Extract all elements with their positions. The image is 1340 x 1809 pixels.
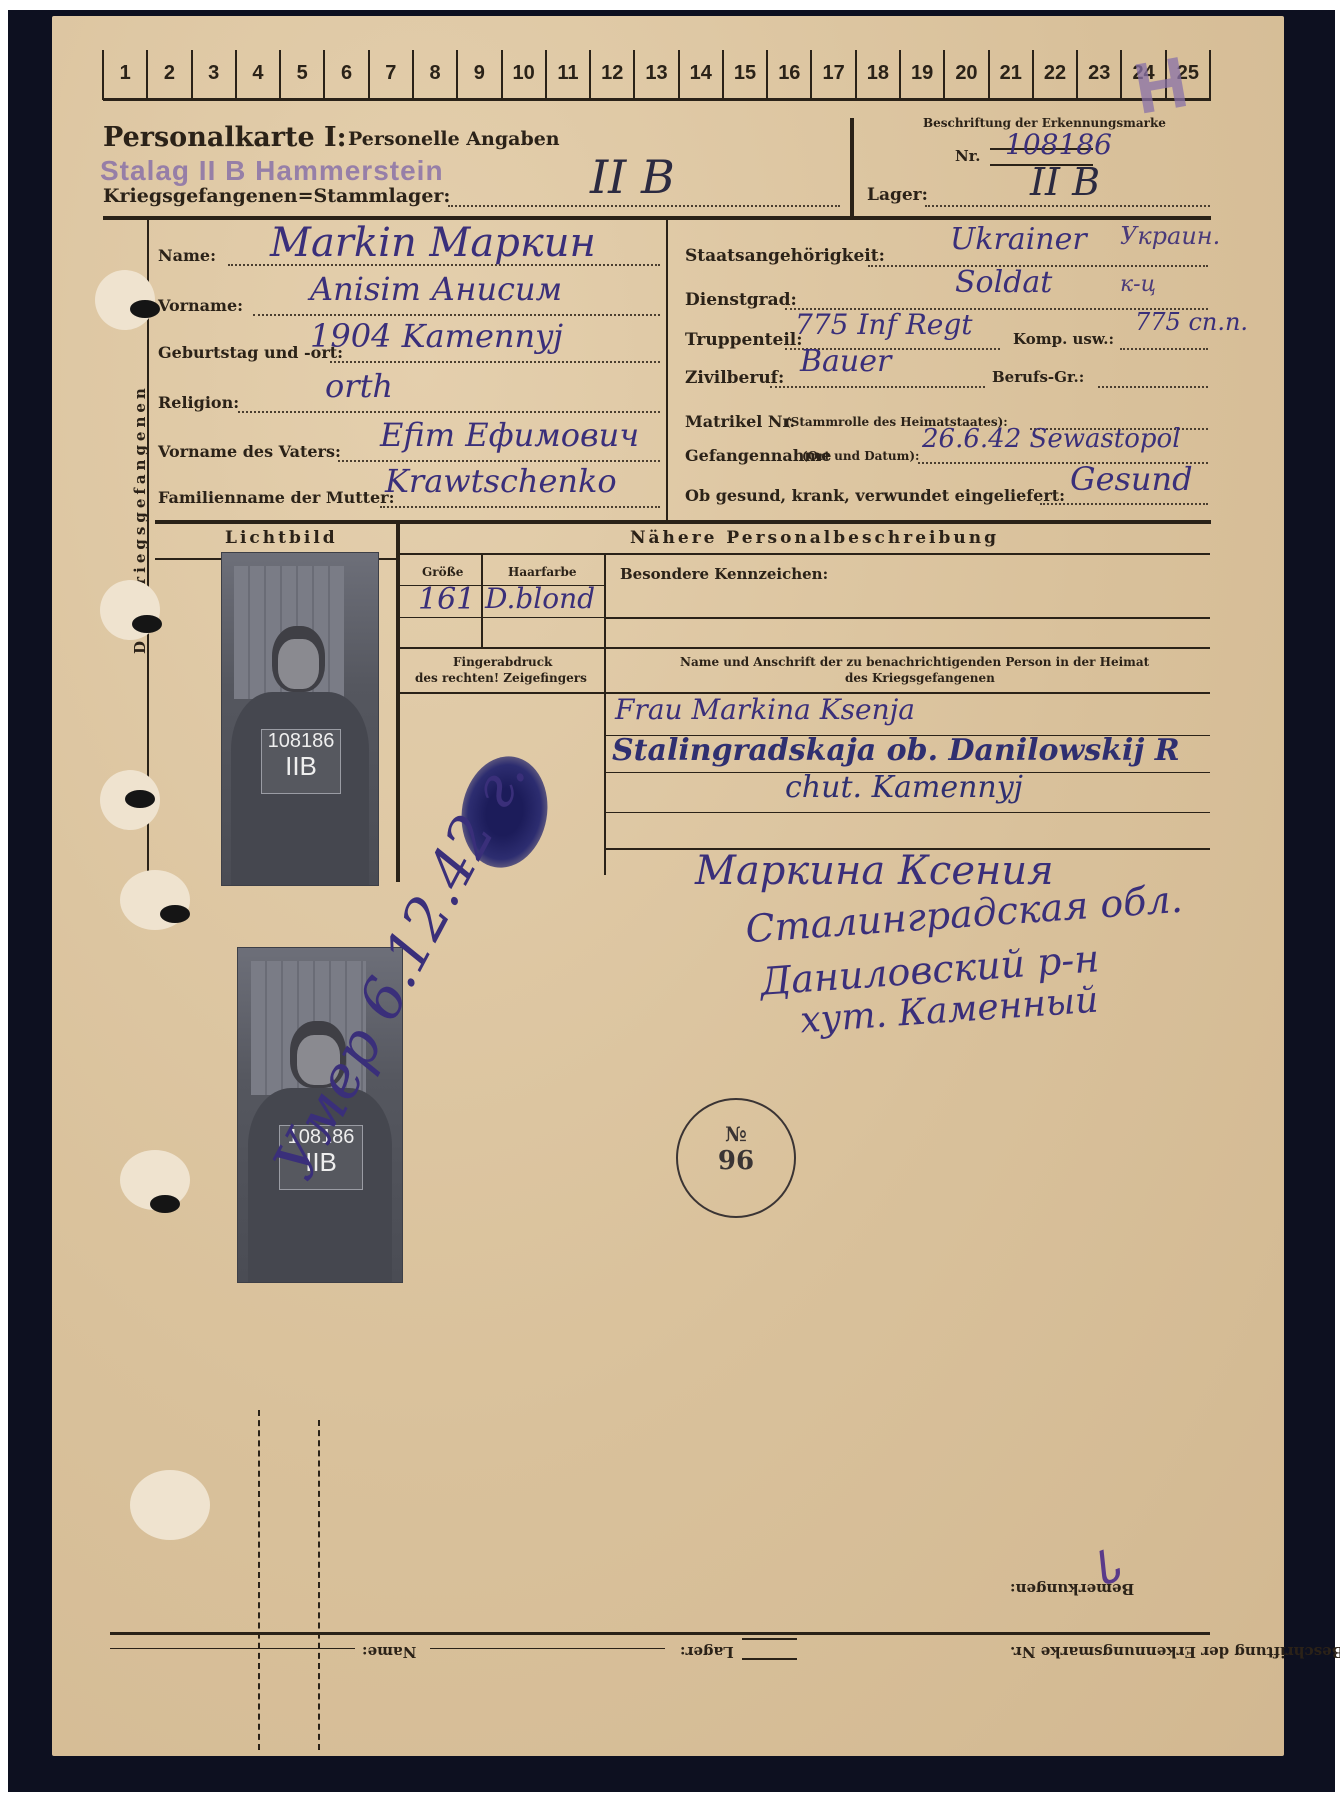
haarfarbe-value: D.blond: [485, 582, 595, 615]
ruler-number: 3: [192, 62, 236, 85]
ruler-number: 5: [280, 62, 324, 85]
gesund-label: Ob gesund, krank, verwundet eingeliefert…: [685, 486, 1065, 505]
ruler-number: 6: [324, 62, 368, 85]
stammlager-value: II B: [590, 150, 675, 204]
pen-line: [258, 1410, 260, 1750]
gesund-dotline: [1040, 503, 1208, 505]
kennzeichen-rule: [398, 647, 1210, 649]
komp-label: Komp. usw.:: [1013, 330, 1114, 348]
kennzeichen-line: [606, 617, 1210, 619]
kennzeichen-label: Besondere Kennzeichen:: [620, 565, 828, 583]
portrait-photo-1: 108186 IIB: [222, 553, 378, 885]
contact-line-text-2: Stalingradskaja ob. Danilowskij R: [612, 733, 1180, 768]
tag-lager-label: Lager:: [867, 185, 928, 205]
footer-lager-label: Lager:: [680, 1643, 734, 1661]
berufs-gr-label: Berufs-Gr.:: [992, 368, 1084, 386]
field-value: Krawtschenko: [385, 462, 617, 500]
photo-face: [278, 639, 319, 689]
tag-lager-value: II B: [1030, 160, 1100, 204]
field-dotline: [238, 411, 660, 413]
camp-stamp: Stalag II B Hammerstein: [100, 155, 444, 187]
contact-line-text-1: Frau Markina Ksenja: [615, 693, 915, 726]
photo-sign-number: 108186: [262, 730, 340, 752]
ruler-number: 10: [502, 62, 546, 85]
groesse-value: 161: [418, 582, 475, 617]
photo-sign-camp: IIB: [262, 752, 340, 781]
header-divider: [850, 118, 854, 218]
zivilberuf-dotline: [770, 386, 985, 388]
card-title: Personalkarte I:: [103, 122, 347, 153]
number-stamp-symbol: №: [678, 1122, 794, 1146]
ruler-number: 13: [634, 62, 678, 85]
field-value: Markin Маркин: [270, 220, 596, 266]
fingerprint-label-2: des rechten! Zeigefingers: [415, 671, 587, 685]
truppenteil-value: 775 Inf Regt: [795, 308, 973, 341]
truppenteil-label: Truppenteil:: [685, 330, 803, 350]
section-rule: [398, 553, 1210, 555]
ruler-number: 8: [413, 62, 457, 85]
number-stamp: № 96: [676, 1098, 796, 1218]
field-value: Anisim Анисим: [310, 270, 562, 308]
dienstgrad-value: Soldat: [955, 265, 1052, 300]
komp-dotline: [1120, 348, 1208, 350]
punch-hole: [160, 905, 190, 923]
contact-line-text-3: chut. Kamennyj: [785, 770, 1023, 805]
field-dotline: [380, 506, 660, 508]
footer-lager-line: [430, 1648, 665, 1649]
russian-line-1: Маркина Ксения: [695, 848, 1054, 894]
staatsangehoerigkeit-value: Ukrainer: [950, 222, 1087, 257]
ruler-number: 11: [546, 62, 590, 85]
komp-value: 775 сп.п.: [1135, 308, 1248, 336]
groesse-label: Größe: [422, 565, 463, 579]
ruler-number: 15: [723, 62, 767, 85]
card-subtitle: Personelle Angaben: [348, 128, 560, 150]
matrikel-label: Matrikel Nr.: [685, 412, 795, 431]
ruler-number: 20: [944, 62, 988, 85]
tag-lager-dotline: [925, 205, 1210, 207]
field-label: Vorname:: [158, 296, 243, 315]
stammlager-dotline: [448, 205, 840, 207]
contact-divider: [604, 555, 606, 875]
footer-rule: [110, 1632, 1210, 1635]
size-row-line-2: [398, 617, 606, 618]
footer-name-label: Name:: [362, 1643, 416, 1661]
section-heading: Nähere Personalbeschreibung: [630, 528, 999, 548]
footer-tag-lines: [742, 1638, 797, 1660]
punch-tear: [130, 1470, 210, 1540]
tag-nr-label: Nr.: [955, 147, 980, 165]
field-dotline: [330, 361, 660, 363]
ruler-number: 18: [856, 62, 900, 85]
zivilberuf-value: Bauer: [800, 344, 891, 379]
punch-hole: [130, 300, 160, 318]
zivilberuf-label: Zivilberuf:: [685, 368, 784, 388]
dienstgrad-label: Dienstgrad:: [685, 290, 797, 310]
ruler-number: 4: [236, 62, 280, 85]
ruler-number: 16: [767, 62, 811, 85]
dienstgrad-note: к-ц: [1120, 272, 1156, 297]
ruler-baseline: [103, 98, 1211, 101]
ruler-number: 22: [1033, 62, 1077, 85]
punch-hole: [125, 790, 155, 808]
gefangennahme-value: 26.6.42 Sewastopol: [922, 424, 1181, 454]
ruler-number: 17: [811, 62, 855, 85]
pen-line: [318, 1420, 320, 1750]
field-label: Vorname des Vaters:: [158, 442, 341, 461]
ruler-number: 19: [900, 62, 944, 85]
fingerprint-label-1: Fingerabdruck: [453, 655, 552, 669]
field-label: Name:: [158, 246, 216, 265]
staatsangehoerigkeit-note: Украин.: [1120, 222, 1220, 250]
personal-rule: [155, 520, 1211, 524]
ruler-number: 23: [1077, 62, 1121, 85]
lichtbild-label: Lichtbild: [225, 528, 338, 548]
number-stamp-value: 96: [678, 1146, 794, 1176]
contact-label-2: des Kriegsgefangenen: [845, 671, 995, 685]
ruler-number: 14: [679, 62, 723, 85]
punch-hole: [132, 615, 162, 633]
ruler-number: 7: [369, 62, 413, 85]
tag-nr-value: 108186: [1005, 128, 1112, 161]
field-value: 1904 Kamennyj: [310, 317, 563, 355]
ruler-number: 1: [103, 62, 147, 85]
ruler-number: 9: [457, 62, 501, 85]
stammlager-label: Kriegsgefangenen=Stammlager:: [103, 185, 450, 207]
field-label: Religion:: [158, 393, 239, 412]
ruler-number: 2: [147, 62, 191, 85]
ruler-number: 12: [590, 62, 634, 85]
column-divider: [666, 220, 668, 520]
staatsangehoerigkeit-label: Staatsangehörigkeit:: [685, 246, 885, 266]
contact-label-1: Name und Anschrift der zu benachrichtige…: [680, 655, 1149, 669]
photo-divider: [396, 522, 400, 882]
ruler-number: 21: [989, 62, 1033, 85]
footer-tag-label: Beschriftung der Erkennungsmarke Nr.: [1010, 1643, 1340, 1661]
punch-hole: [150, 1195, 180, 1213]
field-label: Familienname der Mutter:: [158, 488, 395, 507]
footer-name-line: [110, 1648, 355, 1649]
field-dotline: [253, 314, 660, 316]
gefangennahme-sub: (Ort und Datum):: [802, 449, 919, 463]
haarfarbe-label: Haarfarbe: [508, 565, 577, 579]
field-value: Efim Ефимович: [380, 416, 639, 454]
berufs-gr-dotline: [1098, 386, 1208, 388]
contact-line-3: [606, 812, 1210, 813]
groesse-divider: [481, 555, 483, 648]
photo-sign: 108186 IIB: [261, 729, 341, 794]
field-value: orth: [325, 367, 393, 405]
gesund-value: Gesund: [1070, 460, 1193, 498]
